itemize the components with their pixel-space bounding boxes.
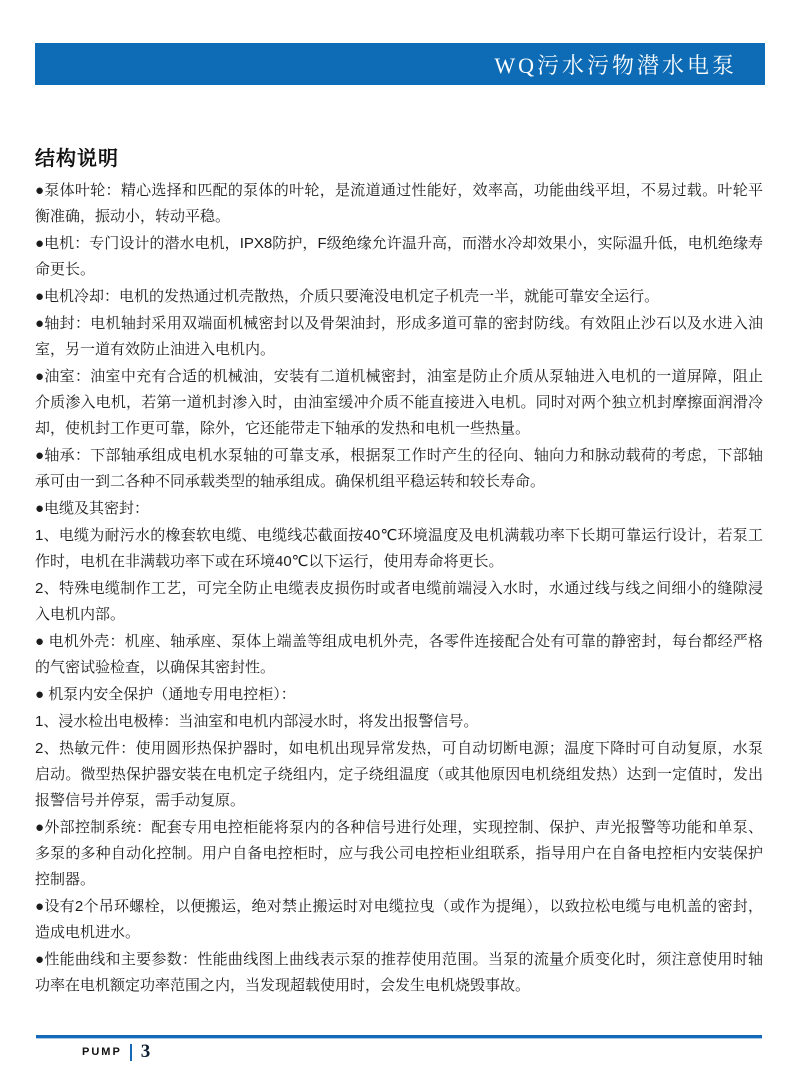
paragraph-safety-protection-heading: ● 机泵内安全保护（通地专用电控柜）： [35, 682, 763, 708]
header-band: WQ污水污物潜水电泵 [35, 43, 765, 85]
paragraph-shaft-seal: ●轴封：电机轴封采用双端面机械密封以及骨架油封，形成多道可靠的密封防线。有效阻止… [35, 311, 763, 363]
paragraph-bearing: ●轴承：下部轴承组成电机水泵轴的可靠支承，根据泵工作时产生的径向、轴向力和脉动载… [35, 443, 763, 495]
paragraph-motor: ●电机：专门设计的潜水电机，IPX8防护，F级绝缘允许温升高，而潜水冷却效果小，… [35, 231, 763, 283]
footer-text: PUMP 3 [82, 1041, 762, 1063]
paragraph-performance-curve: ●性能曲线和主要参数：性能曲线图上曲线表示泵的推荐使用范围。当泵的流量介质变化时… [35, 947, 763, 999]
footer-rule [36, 1035, 762, 1039]
header-title: WQ污水污物潜水电泵 [494, 49, 765, 80]
footer: PUMP 3 [36, 1035, 762, 1063]
paragraph-cable-seal-heading: ●电缆及其密封： [35, 496, 763, 522]
paragraph-motor-cooling: ●电机冷却：电机的发热通过机壳散热，介质只要淹没电机定子机壳一半，就能可靠安全运… [35, 284, 763, 310]
content-body: ●泵体叶轮：精心选择和匹配的泵体的叶轮，是流道通过性能好，效率高，功能曲线平坦，… [35, 178, 763, 1000]
section-title: 结构说明 [35, 142, 119, 171]
paragraph-cable-item-1: 1、电缆为耐污水的橡套软电缆、电缆线芯截面按40℃环境温度及电机满载功率下长期可… [35, 523, 763, 575]
paragraph-oil-chamber: ●油室：油室中充有合适的机械油，安装有二道机械密封，油室是防止介质从泵轴进入电机… [35, 364, 763, 442]
footer-brand: PUMP [82, 1046, 122, 1058]
footer-separator-bar [130, 1044, 132, 1061]
manual-page: WQ污水污物潜水电泵 结构说明 ●泵体叶轮：精心选择和匹配的泵体的叶轮，是流道通… [0, 0, 800, 1073]
paragraph-water-detection: 1、浸水检出电极棒：当油室和电机内部浸水时，将发出报警信号。 [35, 709, 763, 735]
paragraph-lifting-bolts: ●设有2个吊环螺栓，以便搬运，绝对禁止搬运时对电缆拉曳（或作为提绳），以致拉松电… [35, 894, 763, 946]
paragraph-motor-housing: ● 电机外壳：机座、轴承座、泵体上端盖等组成电机外壳，各零件连接配合处有可靠的静… [35, 629, 763, 681]
footer-page-number: 3 [141, 1041, 151, 1063]
paragraph-pump-impeller: ●泵体叶轮：精心选择和匹配的泵体的叶轮，是流道通过性能好，效率高，功能曲线平坦，… [35, 178, 763, 230]
paragraph-thermal-element: 2、热敏元件：使用圆形热保护器时，如电机出现异常发热，可自动切断电源；温度下降时… [35, 736, 763, 814]
paragraph-external-control: ●外部控制系统：配套专用电控柜能将泵内的各种信号进行处理，实现控制、保护、声光报… [35, 815, 763, 893]
paragraph-cable-item-2: 2、特殊电缆制作工艺，可完全防止电缆表皮损伤时或者电缆前端浸入水时，水通过线与线… [35, 576, 763, 628]
